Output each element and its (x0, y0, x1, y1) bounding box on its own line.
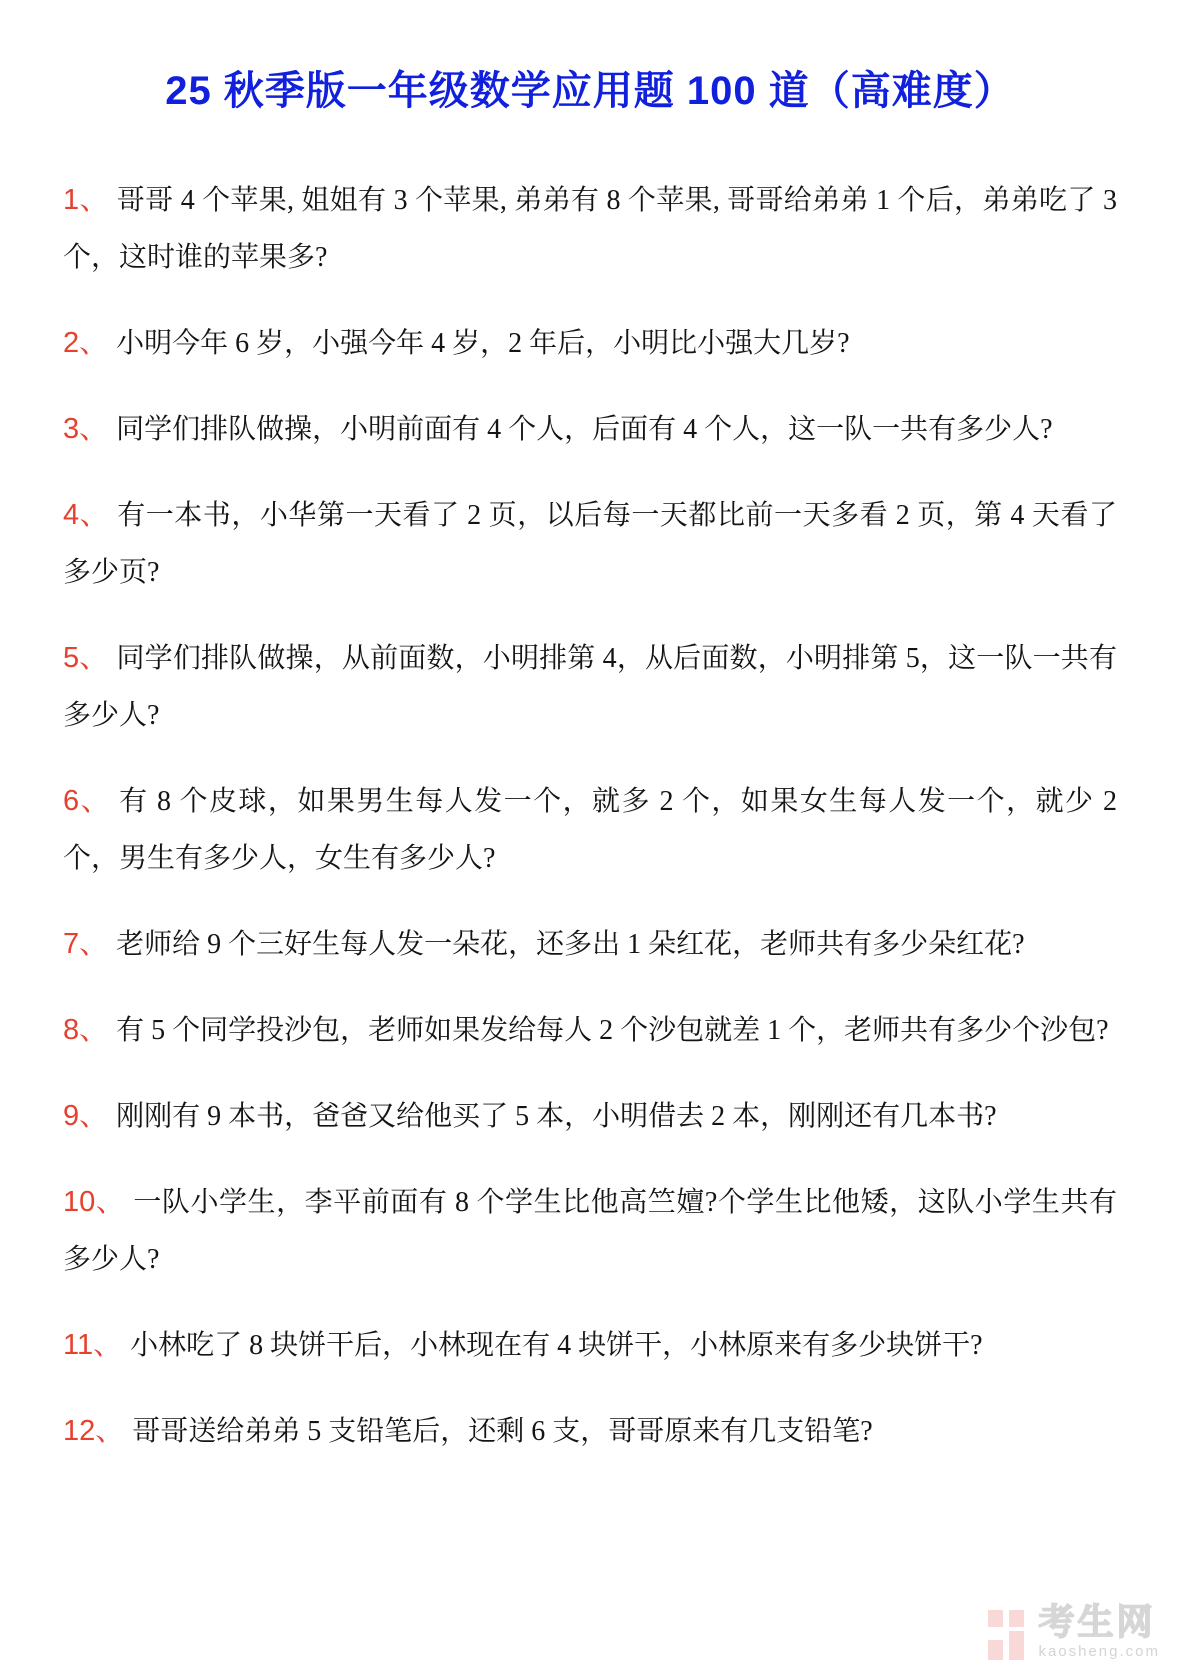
question-number: 12、 (63, 1415, 132, 1447)
question-item: 9、刚刚有 9 本书，爸爸又给他买了 5 本，小明借去 2 本，刚刚还有几本书? (63, 1088, 1117, 1145)
question-number: 4、 (63, 499, 117, 531)
question-text: 小林吃了 8 块饼干后，小林现在有 4 块饼干，小林原来有多少块饼干? (130, 1330, 982, 1361)
question-text: 有 8 个皮球，如果男生每人发一个，就多 2 个，如果女生每人发一个，就少 2 … (63, 786, 1117, 874)
question-number: 5、 (63, 642, 116, 674)
question-text: 有 5 个同学投沙包，老师如果发给每人 2 个沙包就差 1 个，老师共有多少个沙… (116, 1015, 1108, 1046)
question-text: 同学们排队做操，小明前面有 4 个人，后面有 4 个人，这一队一共有多少人? (116, 414, 1052, 445)
question-list: 1、哥哥 4 个苹果, 姐姐有 3 个苹果, 弟弟有 8 个苹果, 哥哥给弟弟 … (63, 172, 1117, 1460)
question-number: 7、 (63, 928, 116, 960)
question-text: 哥哥 4 个苹果, 姐姐有 3 个苹果, 弟弟有 8 个苹果, 哥哥给弟弟 1 … (63, 185, 1117, 273)
question-number: 1、 (63, 184, 117, 216)
question-number: 3、 (63, 413, 116, 445)
question-text: 一队小学生，李平前面有 8 个学生比他高竺嬗?个学生比他矮，这队小学生共有多少人… (63, 1187, 1117, 1275)
question-number: 8、 (63, 1014, 116, 1046)
question-number: 11、 (63, 1329, 130, 1361)
question-number: 2、 (63, 327, 116, 359)
watermark-site-domain: kaosheng.com (1038, 1643, 1160, 1660)
question-item: 8、有 5 个同学投沙包，老师如果发给每人 2 个沙包就差 1 个，老师共有多少… (63, 1002, 1117, 1059)
question-item: 5、同学们排队做操，从前面数，小明排第 4，从后面数，小明排第 5，这一队一共有… (63, 630, 1117, 744)
question-item: 4、有一本书，小华第一天看了 2 页，以后每一天都比前一天多看 2 页，第 4 … (63, 487, 1117, 601)
watermark-site-name: 考生网 (1038, 1604, 1160, 1640)
kaosheng-logo-icon (988, 1610, 1026, 1660)
watermark: 考生网 kaosheng.com (988, 1604, 1160, 1660)
question-text: 有一本书，小华第一天看了 2 页，以后每一天都比前一天多看 2 页，第 4 天看… (63, 500, 1117, 588)
question-item: 7、老师给 9 个三好生每人发一朵花，还多出 1 朵红花，老师共有多少朵红花? (63, 916, 1117, 973)
question-text: 刚刚有 9 本书，爸爸又给他买了 5 本，小明借去 2 本，刚刚还有几本书? (116, 1101, 996, 1132)
question-text: 同学们排队做操，从前面数，小明排第 4，从后面数，小明排第 5，这一队一共有多少… (63, 643, 1117, 731)
question-text: 老师给 9 个三好生每人发一朵花，还多出 1 朵红花，老师共有多少朵红花? (116, 929, 1024, 960)
page-title: 25 秋季版一年级数学应用题 100 道（高难度） (0, 0, 1180, 118)
question-item: 2、小明今年 6 岁，小强今年 4 岁，2 年后，小明比小强大几岁? (63, 315, 1117, 372)
question-item: 11、小林吃了 8 块饼干后，小林现在有 4 块饼干，小林原来有多少块饼干? (63, 1317, 1117, 1374)
question-item: 3、同学们排队做操，小明前面有 4 个人，后面有 4 个人，这一队一共有多少人? (63, 401, 1117, 458)
question-text: 哥哥送给弟弟 5 支铅笔后，还剩 6 支，哥哥原来有几支铅笔? (132, 1416, 872, 1447)
question-item: 6、有 8 个皮球，如果男生每人发一个，就多 2 个，如果女生每人发一个，就少 … (63, 773, 1117, 887)
question-number: 6、 (63, 785, 119, 817)
question-number: 9、 (63, 1100, 116, 1132)
question-item: 10、一队小学生，李平前面有 8 个学生比他高竺嬗?个学生比他矮，这队小学生共有… (63, 1174, 1117, 1288)
worksheet-page: 25 秋季版一年级数学应用题 100 道（高难度） 1、哥哥 4 个苹果, 姐姐… (0, 0, 1180, 1672)
question-number: 10、 (63, 1186, 133, 1218)
watermark-text: 考生网 kaosheng.com (1038, 1604, 1160, 1660)
question-item: 1、哥哥 4 个苹果, 姐姐有 3 个苹果, 弟弟有 8 个苹果, 哥哥给弟弟 … (63, 172, 1117, 286)
question-item: 12、哥哥送给弟弟 5 支铅笔后，还剩 6 支，哥哥原来有几支铅笔? (63, 1403, 1117, 1460)
question-text: 小明今年 6 岁，小强今年 4 岁，2 年后，小明比小强大几岁? (116, 328, 849, 359)
